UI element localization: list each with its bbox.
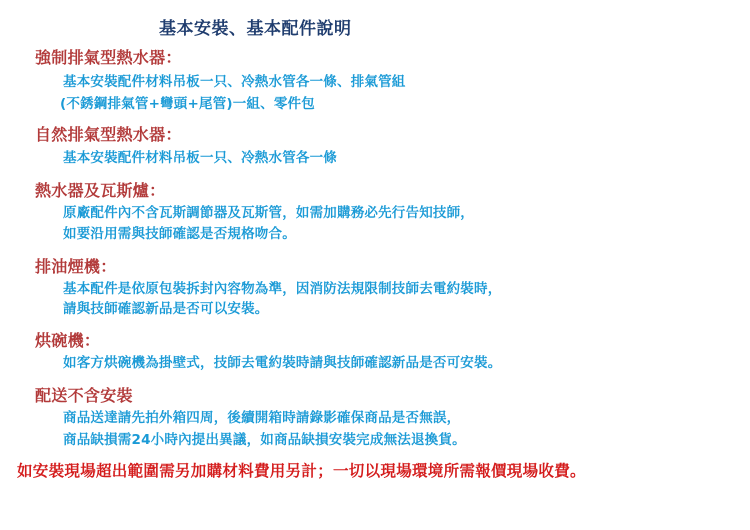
footer-note: 如安裝現場超出範圍需另加購材料費用另計；一切以現場環境所需報價現場收費。: [17, 459, 586, 481]
section-heading-natural-exhaust-water-heater: 自然排氣型熱水器：: [35, 122, 182, 145]
section-line: 如要沿用需與技師確認是否規格吻合。: [63, 222, 296, 242]
section-heading-range-hood: 排油煙機：: [35, 254, 117, 277]
section-line: (不銹鋼排氣管+彎頭+尾管)一組、零件包: [60, 92, 315, 112]
section-line: 商品缺損需24小時內提出異議，如商品缺損安裝完成無法退換貨。: [63, 428, 466, 448]
section-heading-dish-dryer: 烘碗機：: [35, 328, 100, 351]
page-title: 基本安裝、基本配件說明: [159, 14, 352, 39]
section-heading-forced-exhaust-water-heater: 強制排氣型熱水器：: [35, 45, 182, 68]
section-line: 基本安裝配件材料吊板一只、冷熱水管各一條、排氣管組: [63, 70, 406, 90]
section-line: 如客方烘碗機為掛壁式，技師去電約裝時請與技師確認新品是否可安裝。: [63, 351, 501, 371]
section-line: 商品送達請先拍外箱四周，後續開箱時請錄影確保商品是否無誤，: [63, 406, 460, 426]
section-line: 原廠配件內不含瓦斯調節器及瓦斯管，如需加購務必先行告知技師，: [63, 201, 474, 221]
section-heading-delivery-no-install: 配送不含安裝: [35, 383, 133, 406]
section-line: 基本安裝配件材料吊板一只、冷熱水管各一條: [63, 146, 337, 166]
section-line: 請與技師確認新品是否可以安裝。: [63, 297, 269, 317]
section-heading-water-heater-gas-stove: 熱水器及瓦斯爐：: [35, 178, 165, 201]
section-line: 基本配件是依原包裝拆封內容物為準，因消防法規限制技師去電約裝時，: [63, 277, 501, 297]
